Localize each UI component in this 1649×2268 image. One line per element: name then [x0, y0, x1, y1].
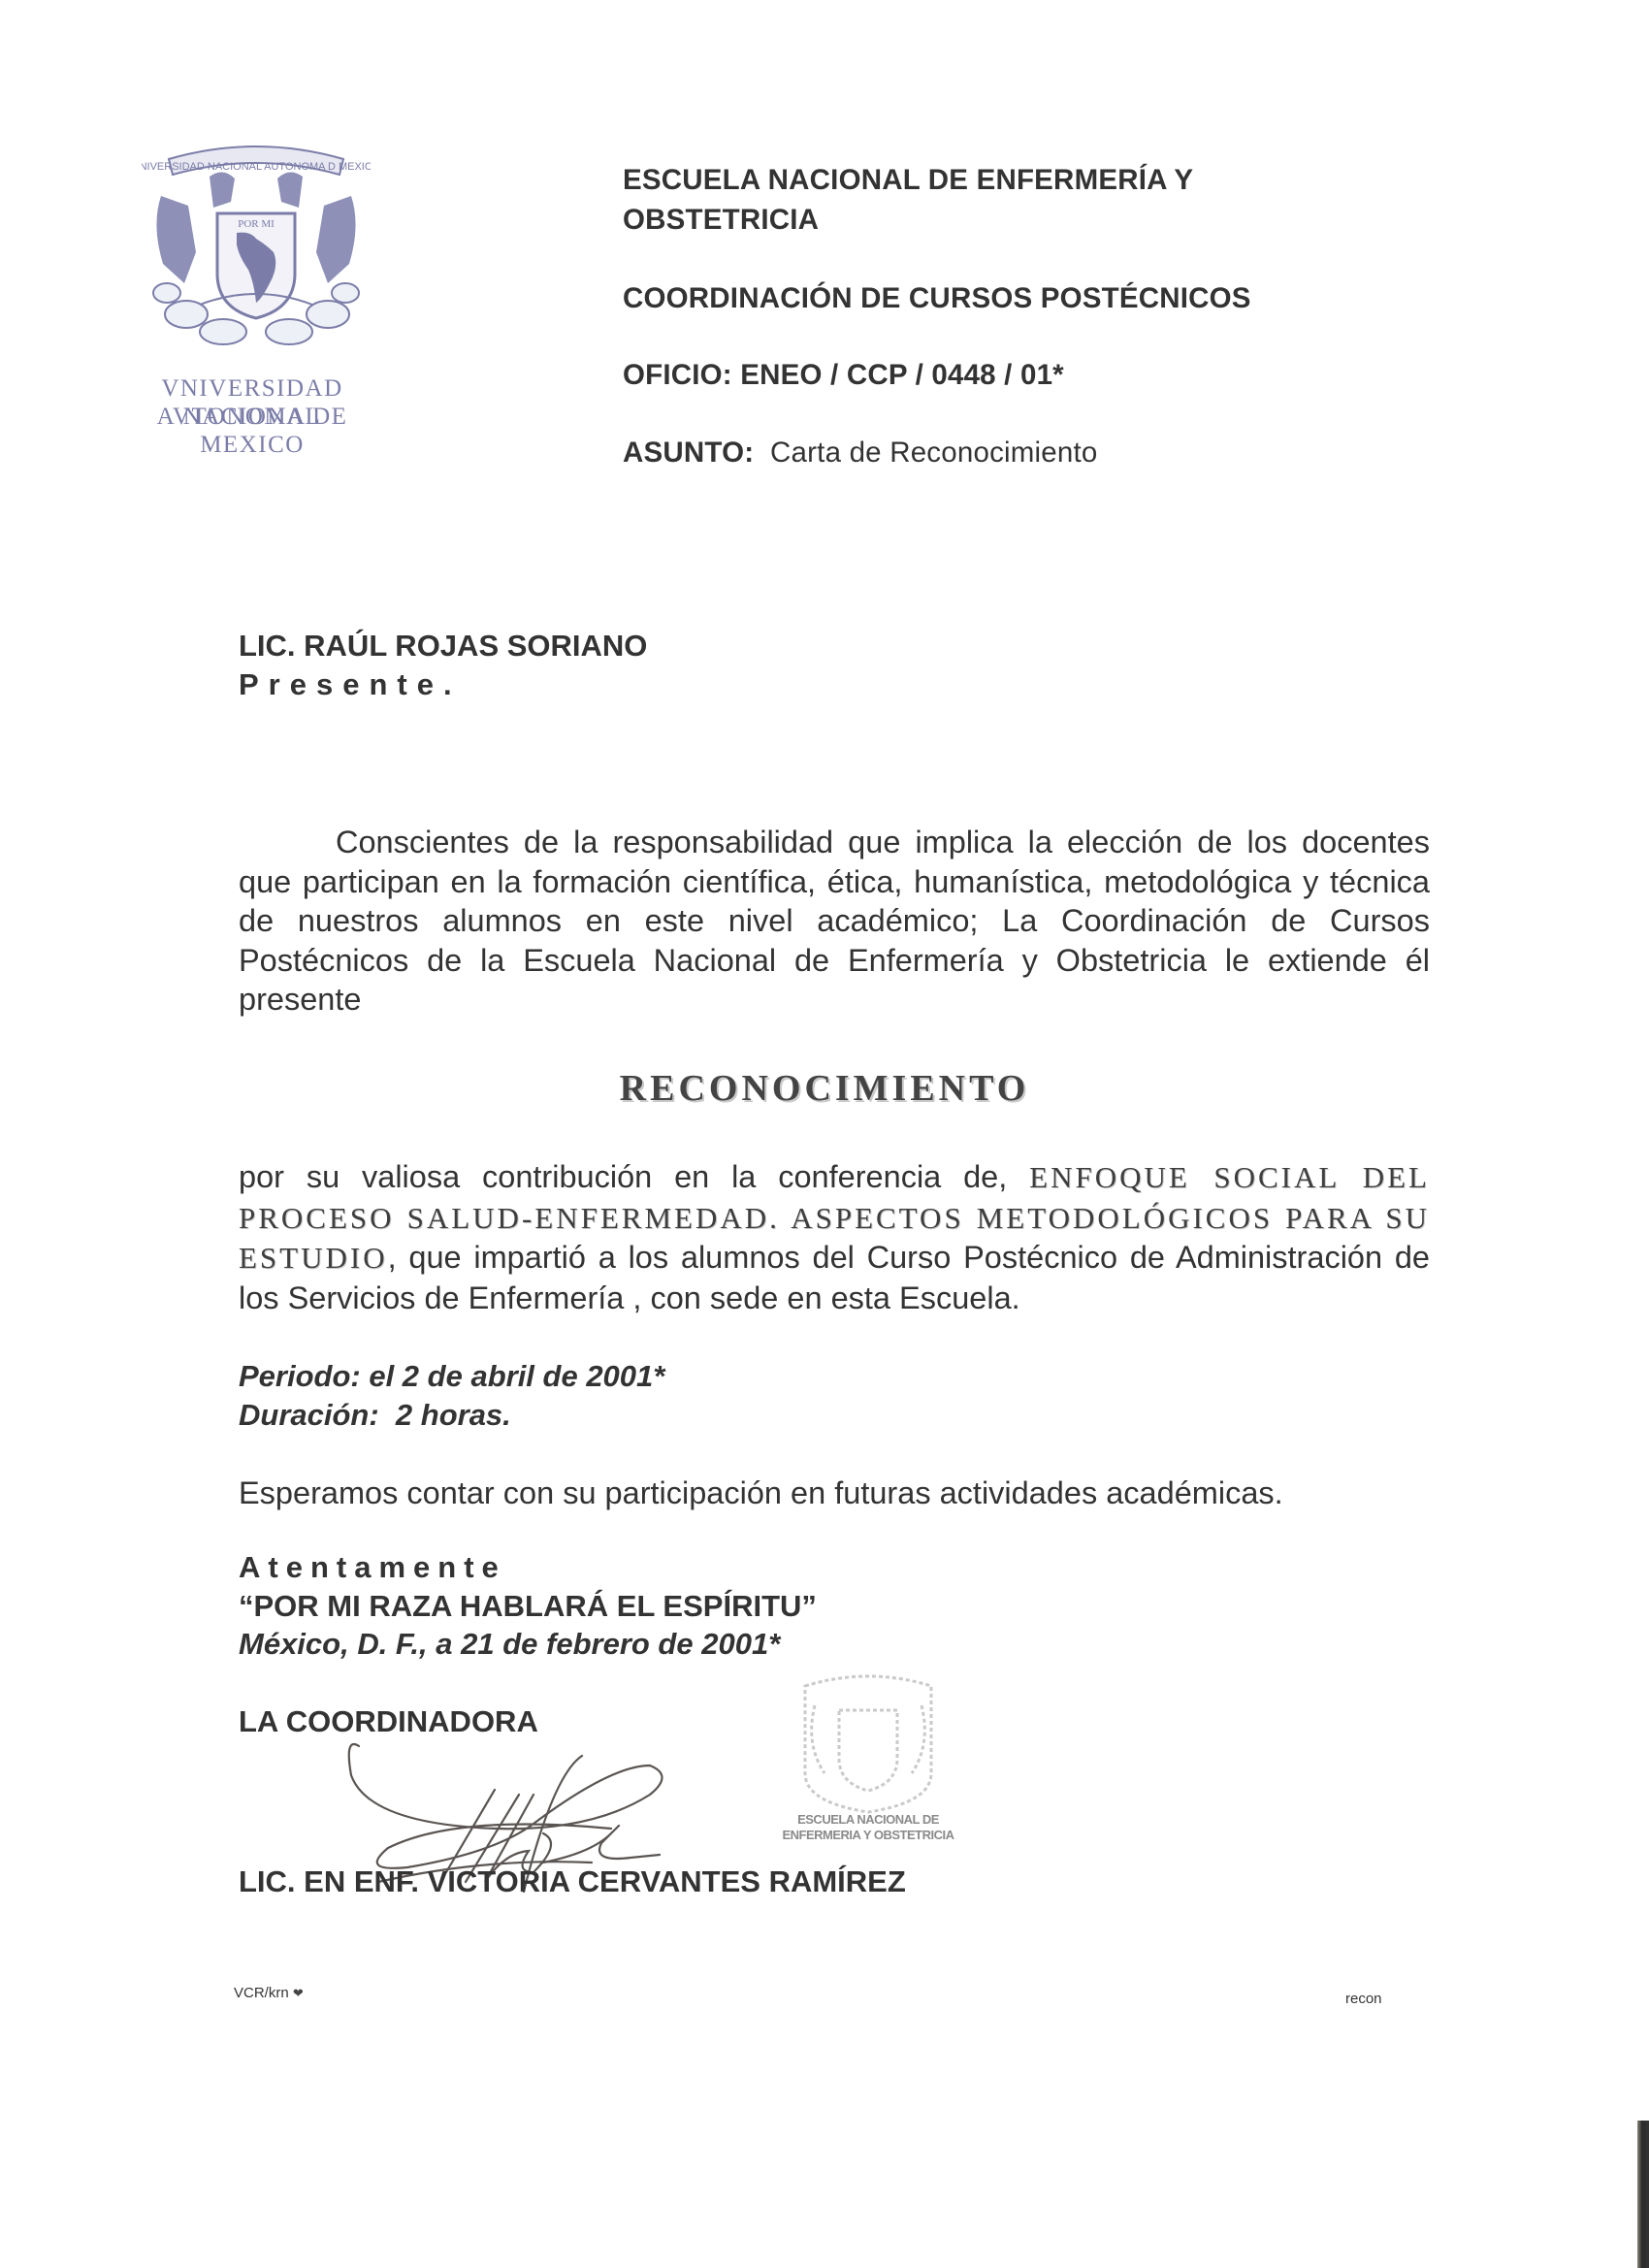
heart-icon: ❤	[293, 1986, 304, 2000]
university-motto: “POR MI RAZA HABLARÁ EL ESPÍRITU”	[239, 1589, 817, 1624]
initials-text: VCR/krn	[234, 1985, 289, 2001]
school-name-line1: ESCUELA NACIONAL DE ENFERMERÍA Y	[623, 164, 1193, 197]
body-paragraph-1: Conscientes de la responsabilidad que im…	[239, 823, 1430, 1020]
university-name-line3: MEXICO	[97, 431, 407, 459]
signer-name: LIC. EN ENF. VICTORIA CERVANTES RAMÍREZ	[239, 1864, 906, 1899]
signer-role: LA COORDINADORA	[239, 1704, 538, 1739]
stamp-text-line1: ESCUELA NACIONAL DE	[776, 1812, 960, 1827]
asunto-value: Carta de Reconocimiento	[770, 437, 1097, 469]
school-name-line2: OBSTETRICIA	[623, 204, 819, 237]
reference-initials: VCR/krn ❤	[234, 1985, 304, 2001]
recipient-salutation: Presente.	[239, 667, 462, 702]
oficio-number: OFICIO: ENEO / CCP / 0448 / 01*	[623, 359, 1064, 392]
stamp-text-line2: ENFERMERIA Y OBSTETRICIA	[776, 1828, 960, 1842]
atentamente: Atentamente	[239, 1550, 506, 1585]
unam-crest-icon: UNIVERSIDAD NACIONAL AUTONOMA D MEXICO P…	[142, 138, 371, 353]
period: Periodo: el 2 de abril de 2001*	[239, 1359, 664, 1394]
body-paragraph-1-text: Conscientes de la responsabilidad que im…	[239, 825, 1430, 1017]
body-paragraph-2: por su valiosa contribución en la confer…	[239, 1157, 1430, 1317]
recipient-name: LIC. RAÚL ROJAS SORIANO	[239, 629, 647, 664]
paragraph-2-rest: , que impartió a los alumnos del Curso P…	[239, 1240, 1430, 1315]
crest-band-text: UNIVERSIDAD NACIONAL AUTONOMA D MEXICO	[142, 161, 371, 173]
asunto-label: ASUNTO:	[623, 437, 754, 469]
closing-sentence: Esperamos contar con su participación en…	[239, 1475, 1283, 1511]
document-title: RECONOCIMIENTO	[0, 1067, 1649, 1110]
department-name: COORDINACIÓN DE CURSOS POSTÉCNICOS	[623, 282, 1251, 315]
paragraph-2-intro: por su valiosa contribución en la confer…	[239, 1159, 1007, 1194]
scan-edge-bar	[1637, 2121, 1649, 2268]
asunto-line: ASUNTO: Carta de Reconocimiento	[623, 437, 1098, 470]
svg-text:POR MI: POR MI	[238, 218, 275, 230]
duration: Duración: 2 horas.	[239, 1398, 511, 1433]
university-name-line2: AVTONOMA DE	[97, 403, 407, 431]
file-reference: recon	[1345, 1991, 1382, 2007]
place-and-date: México, D. F., a 21 de febrero de 2001*	[239, 1627, 780, 1662]
